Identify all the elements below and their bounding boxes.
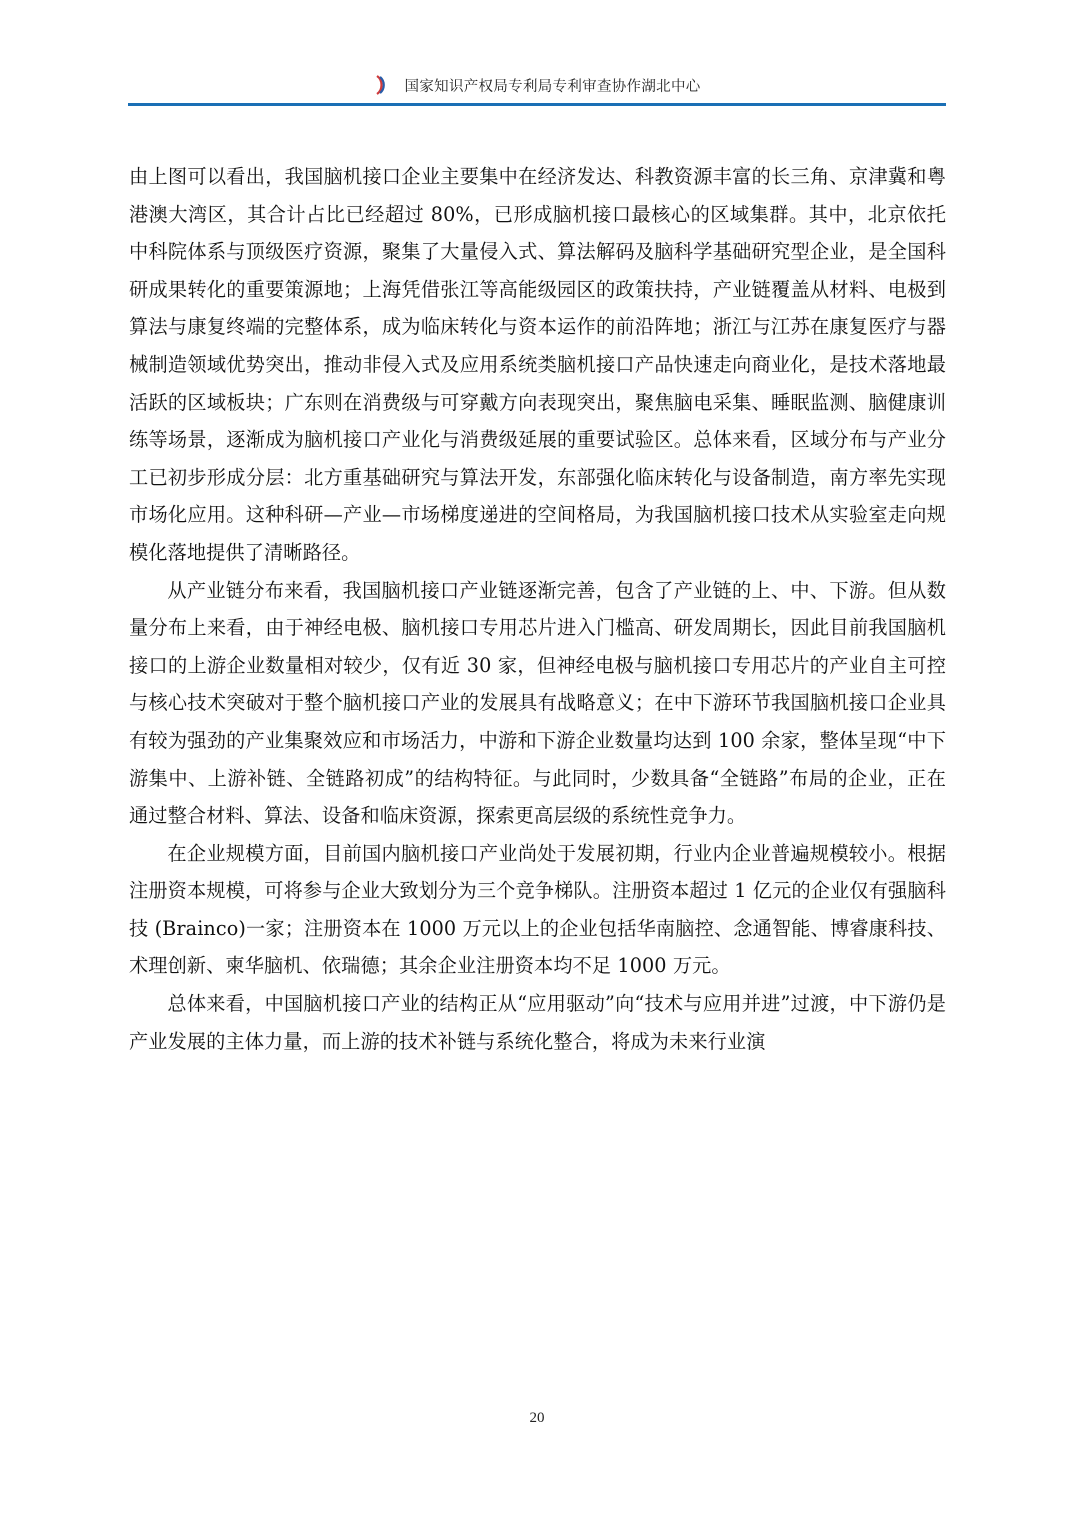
paragraph-enterprise-scale: 在企业规模方面，目前国内脑机接口产业尚处于发展初期，行业内企业普遍规模较小。根据… xyxy=(129,835,946,985)
header-divider xyxy=(128,103,946,106)
header-content: 国家知识产权局专利局专利审查协作湖北中心 xyxy=(128,74,946,96)
organization-logo-icon xyxy=(373,74,387,96)
paragraph-industry-chain: 从产业链分布来看，我国脑机接口产业链逐渐完善，包含了产业链的上、中、下游。但从数… xyxy=(129,572,946,835)
page-number: 20 xyxy=(0,1410,1074,1427)
page-header: 国家知识产权局专利局专利审查协作湖北中心 xyxy=(128,72,946,106)
header-title: 国家知识产权局专利局专利审查协作湖北中心 xyxy=(405,75,701,96)
document-body: 由上图可以看出，我国脑机接口企业主要集中在经济发达、科教资源丰富的长三角、京津冀… xyxy=(129,158,946,1060)
paragraph-regional-distribution: 由上图可以看出，我国脑机接口企业主要集中在经济发达、科教资源丰富的长三角、京津冀… xyxy=(129,158,946,572)
paragraph-overall-summary: 总体来看，中国脑机接口产业的结构正从“应用驱动”向“技术与应用并进”过渡，中下游… xyxy=(129,985,946,1060)
